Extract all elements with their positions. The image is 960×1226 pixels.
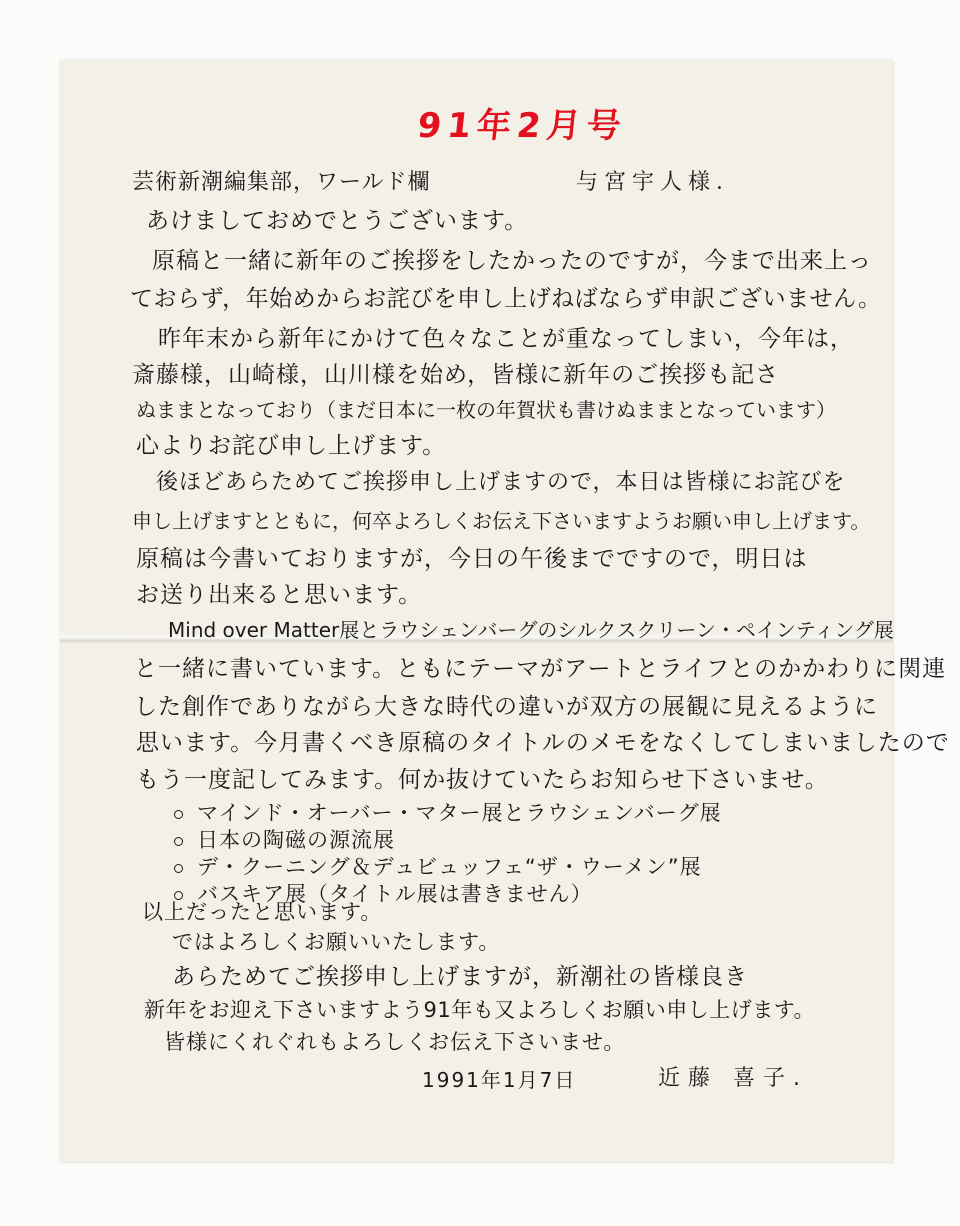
letter-line: 昨年末から新年にかけて色々なことが重なってしまい，今年は， — [158, 328, 854, 351]
letter-line: 原稿は今書いておりますが，今日の午後までですので，明日は — [136, 548, 808, 571]
closing-line: 以上だったと思います。 — [142, 902, 382, 923]
bullet-icon — [174, 891, 183, 900]
bullet-icon — [174, 864, 183, 873]
closing-line: 新年をお迎え下さいますよう91年も又よろしくお願い申し上げます。 — [144, 1000, 815, 1021]
letter-line: 斎藤様，山崎様，山川様を始め，皆様に新年のご挨拶も記さ — [132, 364, 779, 387]
letter-line: お送り出来ると思います。 — [136, 584, 422, 607]
letter-paper: 91年2月号 芸術新潮編集部，ワールド欄 与宮宇人様． あけましておめでとうござ… — [60, 60, 893, 1162]
letter-line: 後ほどあらためてご挨拶申し上げますので，本日は皆様にお詫びを — [156, 472, 846, 494]
exhibition-item: マインド・オーバー・マター展とラウシェンバーグ展 — [174, 803, 722, 824]
letter-line: ておらず，年始めからお詫びを申し上げねばならず申訳ございません。 — [130, 288, 882, 311]
exhibition-item: デ・クーニング＆デュビュッフェ“ザ・ウーメン”展 — [174, 857, 702, 878]
signature: 近藤 喜子. — [658, 1068, 808, 1090]
addressee-name: 与宮宇人様． — [576, 172, 744, 194]
letter-line: Mind over Matter展とラウシェンバーグのシルクスクリーン・ペインテ… — [168, 620, 894, 640]
exhibition-item: 日本の陶磁の源流展 — [174, 830, 395, 851]
letter-line: あけましておめでとうございます。 — [146, 210, 528, 233]
closing-line: 皆様にくれぐれもよろしくお伝え下さいませ。 — [164, 1032, 625, 1053]
letter-line: もう一度記してみます。何か抜けていたらお知らせ下さいませ。 — [136, 769, 829, 792]
letter-line: 思います。今月書くべき原稿のタイトルのメモをなくしてしまいましたので — [136, 732, 950, 755]
letter-line: 心よりお詫び申し上げます。 — [136, 435, 446, 458]
letter-line: ぬままとなっており（まだ日本に一枚の年賀状も書けぬままとなっています） — [136, 400, 836, 420]
addressee-department: 芸術新潮編集部，ワールド欄 — [132, 172, 431, 194]
closing-line: あらためてご挨拶申し上げますが，新潮社の皆様良き — [172, 966, 748, 989]
bullet-icon — [174, 837, 183, 846]
issue-stamp: 91年2月号 — [415, 98, 629, 147]
letter-date: 1991年1月7日 — [422, 1070, 576, 1090]
letter-line: 原稿と一緒に新年のご挨拶をしたかったのですが，今まで出来上っ — [152, 250, 872, 273]
closing-line: ではよろしくお願いいたします。 — [172, 932, 500, 953]
bullet-icon — [174, 810, 183, 819]
letter-line: 申し上げますとともに，何卒よろしくお伝え下さいますようお願い申し上げます。 — [132, 511, 870, 531]
letter-line: した創作でありながら大きな時代の違いが双方の展観に見えるように — [134, 696, 878, 719]
letter-line: と一緒に書いています。ともにテーマがアートとライフとのかかわりに関連 — [134, 658, 946, 681]
